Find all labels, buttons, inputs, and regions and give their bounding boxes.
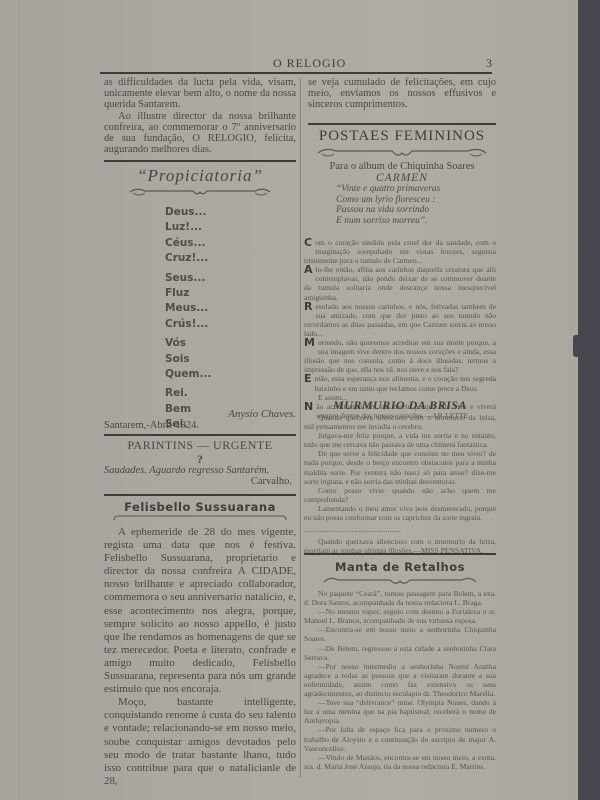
manta-title: Manta de Retalhos — [304, 560, 496, 574]
acrostic-paragraph: Alo-lhe então, aflita aos carinhos daque… — [304, 265, 496, 301]
poem-stanzas: Deus... Luz!... Céus... Cruz!... Seus...… — [165, 205, 285, 433]
left-rule-2 — [104, 434, 296, 436]
ornament-divider-icon — [125, 186, 275, 198]
manta-block: Manta de Retalhos No paquete “Ceará”, to… — [304, 560, 496, 771]
acrostic-letter: R — [304, 302, 312, 312]
manta-item: —Por falta de espaço fica para o proximo… — [304, 725, 496, 752]
verse-line: E num sorriso morreu”. — [336, 216, 496, 227]
murmurio-paragraph: De que serve a felicidade que consiste n… — [304, 449, 496, 485]
manta-item: —Por nosso intermedio a senhorinha Noemi… — [304, 662, 496, 698]
acrostic-paragraph: Com o coração sindido pela cruel dor da … — [304, 238, 496, 265]
murmurio-paragraph: Julgava-me feliz porque, a vida me sorri… — [304, 431, 496, 449]
article-paragraph: A ephemeride de 28 do mes vigente, regis… — [104, 526, 296, 696]
poem-block: “Propiciatoria” — [104, 166, 296, 198]
manta-item: No paquete “Ceará”, tomou passagem para … — [304, 589, 496, 607]
acrostic-paragraph: Resolado aos nossos carinhos, e nós, fet… — [304, 302, 496, 338]
stanza-1: Deus... Luz!... Céus... Cruz!... — [165, 205, 285, 267]
column-divider — [300, 78, 301, 778]
acrostic-block: Com o coração sindido pela cruel dor da … — [304, 238, 496, 420]
murmurio-paragraph: Lamentando o meu amor viva pois desmerec… — [304, 504, 496, 522]
postaes-dedication: Para o album de Chiquinha Soares — [308, 161, 496, 172]
poem-line: Vós — [165, 336, 285, 351]
newspaper-page: O RELOGIO 3 as difficuldades da lucta pe… — [0, 0, 578, 800]
greeting-paragraph: Ao illustre director da nossa brilhante … — [104, 111, 296, 156]
manta-item: —De Belem, regressou a esta cidade a sen… — [304, 644, 496, 662]
murmurio-block: MURMURIO DA BRISA Quando queixava silenc… — [304, 398, 496, 555]
article-title: Felisbello Sussuarana — [104, 500, 296, 514]
acrostic-letter: M — [304, 338, 315, 348]
acrostic-paragraph: Morrendo, não queremos acreditar em sua … — [304, 338, 496, 374]
poem-line: Fluz — [165, 286, 285, 301]
postaes-subtitle: CARMEN — [308, 172, 496, 184]
acrostic-paragraph: Então, essa esperança nos alimenta, e o … — [304, 374, 496, 392]
acrostic-text: orrendo, não queremos acreditar em sua m… — [304, 338, 496, 374]
postaes-verse: “Vinte e quatro primaveras Como um lyrio… — [308, 184, 496, 226]
poem-line: Crús!... — [165, 317, 285, 332]
poem-line: Quem... — [165, 367, 285, 382]
poem-line: Cruz!... — [165, 251, 285, 266]
stanza-2: Seus... Fluz Meus... Crús!... — [165, 271, 285, 333]
manta-item: —Encontra-se em nosso meio a senhorinha … — [304, 625, 496, 643]
poem-line: Luz!... — [165, 220, 285, 235]
telegram-message: Saudades. Aguardo regresso Santarém. — [104, 465, 296, 476]
poem-line: Deus... — [165, 205, 285, 220]
poem-line: Seus... — [165, 271, 285, 286]
poem-signature: Anysio Chaves. Santarem,-Abril-1924. — [104, 408, 296, 431]
poem-line: Sois — [165, 352, 285, 367]
header-rule — [100, 72, 492, 74]
poem-author: Anysio Chaves. — [104, 408, 296, 420]
ornament-divider-icon — [110, 514, 290, 522]
manta-item: —No mesmo vapor, seguio com destino a Fo… — [304, 607, 496, 625]
page-fold — [18, 0, 20, 800]
newspaper-title: O RELOGIO — [273, 56, 346, 71]
ornament-divider-icon — [320, 574, 480, 586]
telegram-mark: ? — [104, 453, 296, 465]
left-rule-1 — [104, 160, 296, 162]
left-column: as difficuldades da lucta pela vida, vis… — [104, 77, 296, 155]
telegram-heading: PARINTINS — URGENTE — [104, 438, 296, 453]
ornament-divider-icon — [312, 145, 492, 159]
right-rule-1 — [308, 123, 496, 125]
manta-item: —Teve sua “delivrance” mme. Olympia Nune… — [304, 698, 496, 725]
right-rule-2 — [304, 553, 496, 555]
left-intro-paragraph: as difficuldades da lucta pela vida, vis… — [104, 77, 296, 111]
acrostic-text: om o coração sindido pela cruel dor da s… — [304, 238, 496, 265]
poem-dateline: Santarem,-Abril-1924. — [104, 420, 296, 431]
telegram-signature: Carvalho. — [104, 476, 296, 487]
right-column: se veja cumulado de felicitações, em cuj… — [308, 77, 496, 111]
article-block: Felisbello Sussuarana A ephemeride de 28… — [104, 500, 296, 788]
acrostic-letter: A — [304, 265, 313, 275]
acrostic-letter: E — [304, 374, 312, 384]
postaes-title: POSTAES FEMININOS — [308, 128, 496, 145]
murmurio-title: MURMURIO DA BRISA — [304, 398, 496, 413]
murmurio-paragraph: Como posso viver quando não acho quem me… — [304, 486, 496, 504]
right-intro-paragraph: se veja cumulado de felicitações, em cuj… — [308, 77, 496, 111]
manta-item: —Vindo de Manáos, encontra-se em nosso m… — [304, 753, 496, 771]
verse-line: Passou na vida sorrindo — [336, 205, 496, 216]
stanza-3: Vós Sois Quem... — [165, 336, 285, 382]
page-number: 3 — [486, 56, 492, 71]
acrostic-letter: C — [304, 238, 312, 248]
telegram-block: PARINTINS — URGENTE ? Saudades. Aguardo … — [104, 438, 296, 487]
verse-line: Como um lyrio floresceu : — [336, 195, 496, 206]
poem-line: Céus... — [165, 236, 285, 251]
acrostic-text: ntão, essa esperança nos alimenta, e o c… — [315, 374, 496, 392]
murmurio-paragraph: Quando queixava silencioso com o murmuri… — [304, 413, 496, 431]
poem-title: “Propiciatoria” — [104, 166, 296, 186]
poem-line: Rei. — [165, 386, 285, 401]
acrostic-text: lo-lhe então, aflita aos carinhos daquel… — [304, 265, 496, 301]
verse-line: “Vinte e quatro primaveras — [336, 184, 496, 195]
poem-line: Meus... — [165, 301, 285, 316]
page-tear — [573, 335, 587, 357]
postaes-block: POSTAES FEMININOS Para o album de Chiqui… — [308, 128, 496, 226]
article-paragraph: Moço, bastante intelligente, conquistand… — [104, 696, 296, 788]
left-rule-3 — [104, 494, 296, 496]
murmurio-separator: ........................................… — [304, 525, 496, 534]
acrostic-text: esolado aos nossos carinhos, e nós, feti… — [304, 302, 496, 338]
